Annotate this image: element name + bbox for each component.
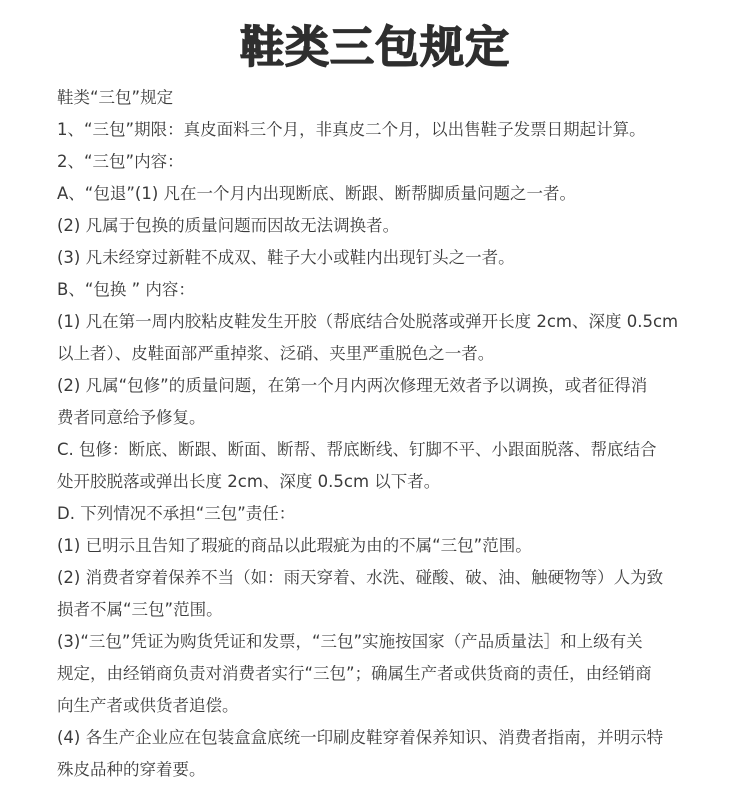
text-line: (1) 凡在第一周内胶粘皮鞋发生开胶（帮底结合处脱落或弹开长度 2cm、深度 0… — [57, 306, 717, 338]
text-line: 向生产者或供货者追偿。 — [57, 690, 717, 722]
text-line: C. 包修：断底、断跟、断面、断帮、帮底断线、钉脚不平、小跟面脱落、帮底结合 — [57, 434, 717, 466]
text-line: 以上者）、皮鞋面部严重掉浆、泛硝、夹里严重脱色之一者。 — [57, 338, 717, 370]
text-line: (2) 凡属于包换的质量问题而因故无法调换者。 — [57, 210, 717, 242]
text-line: B、“包换 ” 内容： — [57, 274, 717, 306]
text-line: D. 下列情况不承担“三包”责任： — [57, 498, 717, 530]
text-line: 费者同意给予修复。 — [57, 402, 717, 434]
text-line: 1、“三包”期限：真皮面料三个月，非真皮二个月，以出售鞋子发票日期起计算。 — [57, 114, 717, 146]
text-line: 规定，由经销商负责对消费者实行“三包”；确属生产者或供货商的责任，由经销商 — [57, 658, 717, 690]
document-body: 鞋类“三包”规定 1、“三包”期限：真皮面料三个月，非真皮二个月，以出售鞋子发票… — [57, 82, 717, 786]
text-line: (2) 凡属“包修”的质量问题，在第一个月内两次修理无效者予以调换，或者征得消 — [57, 370, 717, 402]
text-line: 殊皮品种的穿着要。 — [57, 754, 717, 786]
document-page: 鞋类三包规定 鞋类“三包”规定 1、“三包”期限：真皮面料三个月，非真皮二个月，… — [0, 0, 750, 787]
text-line: A、“包退”(1) 凡在一个月内出现断底、断跟、断帮脚质量问题之一者。 — [57, 178, 717, 210]
text-line: (1) 已明示且告知了瑕疵的商品以此瑕疵为由的不属“三包”范围。 — [57, 530, 717, 562]
text-line: 处开胶脱落或弹出长度 2cm、深度 0.5cm 以下者。 — [57, 466, 717, 498]
text-line: (4) 各生产企业应在包装盒盒底统一印刷皮鞋穿着保养知识、消费者指南，并明示特 — [57, 722, 717, 754]
text-line: 2、“三包”内容： — [57, 146, 717, 178]
text-line-subtitle: 鞋类“三包”规定 — [57, 82, 717, 114]
text-line: (3) 凡未经穿过新鞋不成双、鞋子大小或鞋内出现钉头之一者。 — [57, 242, 717, 274]
text-line: 损者不属“三包”范围。 — [57, 594, 717, 626]
text-line: (2) 消费者穿着保养不当（如：雨天穿着、水洗、碰酸、破、油、触硬物等）人为致 — [57, 562, 717, 594]
text-line: (3)“三包”凭证为购货凭证和发票，“三包”实施按国家（产品质量法］和上级有关 — [57, 626, 717, 658]
document-title: 鞋类三包规定 — [0, 0, 750, 72]
